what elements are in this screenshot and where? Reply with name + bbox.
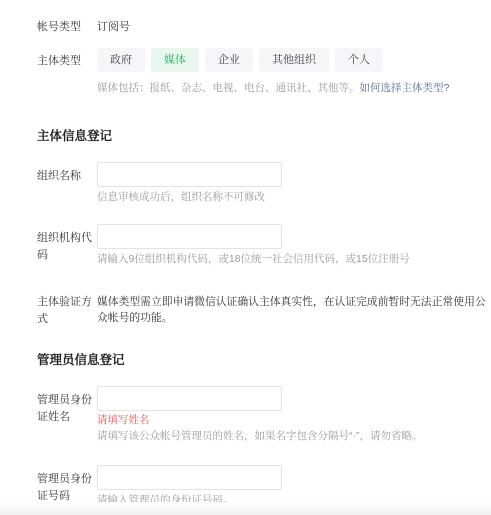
admin-name-label: 管理员身份证姓名 [37,386,97,426]
subject-verify-text: 媒体类型需立即申请微信认证确认主体真实性，在认证完成前暂时无法正常使用公众帐号的… [97,294,487,326]
org-name-help: 信息审核成功后，组织名称不可修改 [97,191,487,204]
org-name-input[interactable] [97,162,282,187]
admin-id-input[interactable] [97,465,282,490]
subject-type-description: 媒体包括：报纸、杂志、电视、电台、通讯社、其他等。如何选择主体类型? [97,81,487,95]
admin-name-input[interactable] [97,386,282,411]
subject-type-description-text: 媒体包括：报纸、杂志、电视、电台、通讯社、其他等。 [97,82,360,94]
subject-type-options: 政府 媒体 企业 其他组织 个人 [97,48,487,72]
admin-id-row: 管理员身份证号码 请输入管理员的身份证号码。 [37,465,487,507]
admin-id-label: 管理员身份证号码 [37,465,97,505]
subject-type-option-media[interactable]: 媒体 [151,48,199,72]
org-name-row: 组织名称 信息审核成功后，组织名称不可修改 [37,162,487,204]
choose-subject-type-link[interactable]: 如何选择主体类型? [360,82,450,94]
subject-type-row: 主体类型 政府 媒体 企业 其他组织 个人 媒体包括：报纸、杂志、电视、电台、通… [37,48,487,95]
account-type-row: 帐号类型 订阅号 [37,19,487,35]
org-code-input[interactable] [97,224,282,249]
account-type-value: 订阅号 [97,21,130,33]
org-code-help: 请输入9位组织机构代码，或18位统一社会信用代码，或15位注册号 [97,253,487,266]
admin-name-error: 请填写姓名 [97,414,487,427]
subject-type-label: 主体类型 [37,48,97,70]
subject-type-option-government[interactable]: 政府 [97,48,145,72]
account-type-label: 帐号类型 [37,19,97,35]
subject-verify-row: 主体验证方式 媒体类型需立即申请微信认证确认主体真实性，在认证完成前暂时无法正常… [37,294,487,328]
org-code-row: 组织机构代码 请输入9位组织机构代码，或18位统一社会信用代码，或15位注册号 [37,224,487,266]
org-name-label: 组织名称 [37,162,97,185]
subject-type-option-enterprise[interactable]: 企业 [205,48,253,72]
registration-form: 帐号类型 订阅号 主体类型 政府 媒体 企业 其他组织 个人 媒体包括：报纸、杂… [0,0,491,507]
admin-section-title: 管理员信息登记 [37,352,487,368]
subject-verify-label: 主体验证方式 [37,294,97,328]
subject-type-option-other-org[interactable]: 其他组织 [259,48,329,72]
subject-section-title: 主体信息登记 [37,128,487,144]
org-code-label: 组织机构代码 [37,224,97,264]
subject-type-option-individual[interactable]: 个人 [335,48,383,72]
page-bottom-fade [0,502,491,515]
admin-name-row: 管理员身份证姓名 请填写姓名 请填写该公众帐号管理员的姓名，如果名字包含分隔号“… [37,386,487,443]
admin-name-help: 请填写该公众帐号管理员的姓名，如果名字包含分隔号“·”，请勿省略。 [97,430,487,443]
